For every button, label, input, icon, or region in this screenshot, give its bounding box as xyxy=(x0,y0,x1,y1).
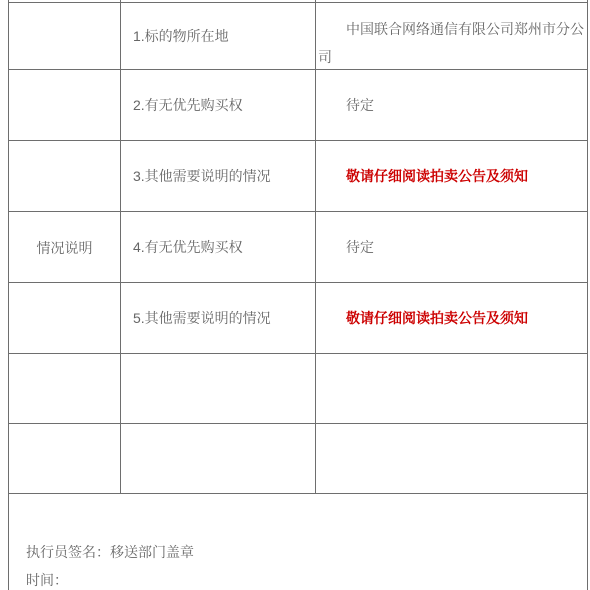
section-label: 情况说明 xyxy=(9,3,120,493)
row-label-1: 1.标的物所在地 xyxy=(121,3,315,69)
row-label-7 xyxy=(121,424,315,493)
time-line: 时间： xyxy=(26,566,577,590)
row-value-5: 敬请仔细阅读拍卖公告及须知 xyxy=(316,283,587,353)
row-value-6 xyxy=(316,354,587,423)
row-label-3: 3.其他需要说明的情况 xyxy=(121,141,315,211)
executor-signature-line: 执行员签名：移送部门盖章 xyxy=(26,538,577,566)
row-value-3: 敬请仔细阅读拍卖公告及须知 xyxy=(316,141,587,211)
row-value-1: 中国联合网络通信有限公司郑州市分公司 xyxy=(316,3,587,69)
row-label-2: 2.有无优先购买权 xyxy=(121,70,315,140)
row-label-6 xyxy=(121,354,315,423)
table-border-right xyxy=(587,0,588,590)
row-label-4: 4.有无优先购买权 xyxy=(121,212,315,282)
row-label-5: 5.其他需要说明的情况 xyxy=(121,283,315,353)
row-value-2: 待定 xyxy=(316,70,587,140)
footer-signature-block: 执行员签名：移送部门盖章 时间： xyxy=(9,494,587,590)
document-page: 情况说明 1.标的物所在地 2.有无优先购买权 3.其他需要说明的情况 4.有无… xyxy=(0,0,590,590)
row-value-4: 待定 xyxy=(316,212,587,282)
row-value-7 xyxy=(316,424,587,493)
